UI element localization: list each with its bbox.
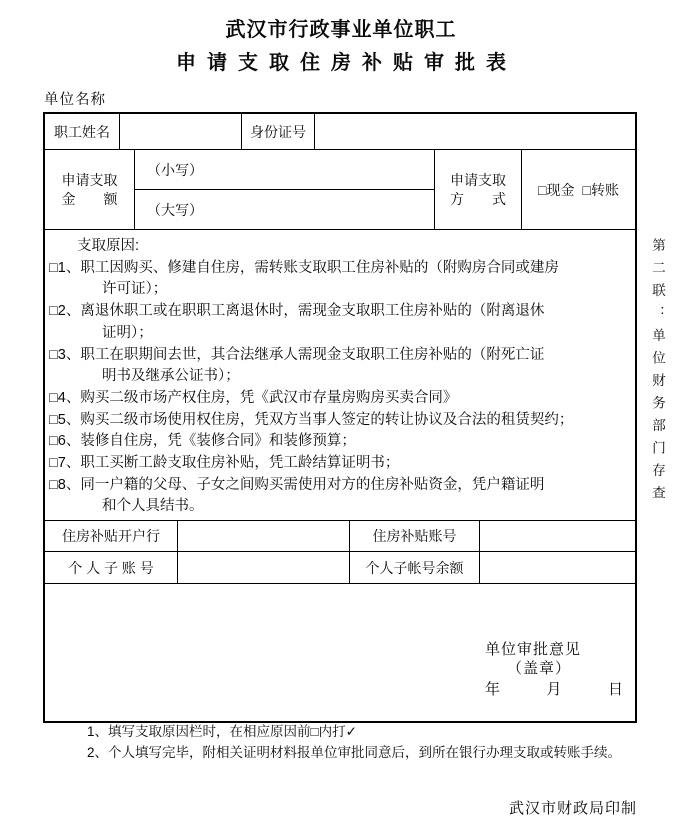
- amount-label: 申请支取 金 额: [45, 150, 135, 229]
- amount-small-label: （小写）: [147, 160, 203, 180]
- approval-day-label: 日: [608, 680, 623, 699]
- reason-option-1-cont: 许可证）；: [47, 279, 631, 301]
- subsidy-bank-value[interactable]: [178, 521, 350, 551]
- form-page: 武汉市行政事业单位职工 申请支取住房补贴审批表 单位名称 职工姓名 身份证号 申…: [0, 0, 700, 831]
- amount-values: （小写） （大写）: [135, 150, 435, 229]
- personal-account-value[interactable]: [178, 552, 350, 583]
- reason-option-3[interactable]: □3、职工在职期间去世，其合法继承人需现金支取职工住房补贴的（附死亡证: [47, 345, 631, 367]
- personal-account-label: 个 人 子 账 号: [45, 552, 178, 583]
- id-number-value[interactable]: [315, 114, 635, 149]
- printed-by-label: 武汉市财政局印制: [45, 797, 637, 818]
- approval-block: 单位审批意见 （盖章） 年 月 日: [485, 640, 629, 699]
- footnote-2: 2、个人填写完毕，附相关证明材料报单位审批同意后，到所在银行办理支取或转账手续。: [87, 742, 621, 763]
- reason-option-2[interactable]: □2、离退休职工或在职职工离退休时，需现金支取职工住房补贴的（附离退休: [47, 301, 631, 323]
- personal-account-row: 个 人 子 账 号 个人子帐号余额: [45, 552, 635, 584]
- approval-date-line: 年 月 日: [485, 680, 629, 699]
- method-label: 申请支取 方 式: [435, 150, 522, 229]
- copy-designation-strip: 第二联：单位财务部门存查: [648, 238, 666, 508]
- form-title-line1: 武汉市行政事业单位职工: [45, 13, 637, 42]
- reason-option-8[interactable]: □8、同一户籍的父母、子女之间购买需使用对方的住房补贴资金，凭户籍证明: [47, 475, 631, 497]
- id-number-label: 身份证号: [242, 114, 315, 149]
- approval-seal-label: （盖章）: [485, 659, 629, 678]
- employee-row: 职工姓名 身份证号: [45, 114, 635, 150]
- footnotes: 1、填写支取原因栏时，在相应原因前□内打✓ 2、个人填写完毕，附相关证明材料报单…: [87, 721, 621, 763]
- subsidy-account-row: 住房补贴开户行 住房补贴账号: [45, 521, 635, 552]
- balance-value[interactable]: [480, 552, 635, 583]
- reason-option-2-cont: 证明）；: [47, 323, 631, 345]
- amount-row: 申请支取 金 额 （小写） （大写） 申请: [45, 150, 635, 230]
- reasons-cell: 支取原因: □1、职工因购买、修建自住房，需转账支取职工住房补贴的（附购房合同或…: [45, 230, 635, 520]
- subsidy-bank-label: 住房补贴开户行: [45, 521, 178, 551]
- approval-year-label: 年: [485, 680, 500, 699]
- employee-name-label: 职工姓名: [45, 114, 120, 149]
- reasons-row: 支取原因: □1、职工因购买、修建自住房，需转账支取职工住房补贴的（附购房合同或…: [45, 230, 635, 521]
- amount-big-field[interactable]: （大写）: [135, 190, 434, 229]
- form-title-line2: 申请支取住房补贴审批表: [45, 46, 637, 75]
- approval-row: 单位审批意见 （盖章） 年 月 日: [45, 584, 635, 721]
- amount-big-label: （大写）: [147, 200, 203, 220]
- approval-form-table: 职工姓名 身份证号 申请支取 金 额 （小写） （: [43, 112, 637, 723]
- reason-option-4[interactable]: □4、购买二级市场产权住房，凭《武汉市存量房购房买卖合同》: [47, 388, 631, 410]
- approval-opinion-label: 单位审批意见: [485, 640, 629, 659]
- method-options: □现金 □转账: [522, 150, 635, 229]
- approval-month-label: 月: [546, 680, 561, 699]
- reason-option-5[interactable]: □5、购买二级市场使用权住房，凭双方当事人签定的转让协议及合法的租赁契约；: [47, 410, 631, 432]
- reason-option-3-cont: 明书及继承公证书）；: [47, 366, 631, 388]
- reason-option-6[interactable]: □6、装修自住房，凭《装修合同》和装修预算；: [47, 431, 631, 453]
- unit-name-label: 单位名称: [44, 88, 106, 109]
- reason-option-8-cont: 和个人具结书。: [47, 496, 631, 518]
- amount-small-field[interactable]: （小写）: [135, 150, 434, 190]
- cash-checkbox-option[interactable]: □现金: [538, 180, 574, 200]
- subsidy-account-label: 住房补贴账号: [350, 521, 480, 551]
- subsidy-account-value[interactable]: [480, 521, 635, 551]
- balance-label: 个人子帐号余额: [350, 552, 480, 583]
- footnote-1: 1、填写支取原因栏时，在相应原因前□内打✓: [87, 721, 621, 742]
- transfer-checkbox-option[interactable]: □转账: [583, 180, 619, 200]
- approval-cell[interactable]: 单位审批意见 （盖章） 年 月 日: [45, 584, 635, 721]
- reason-option-7[interactable]: □7、职工买断工龄支取住房补贴，凭工龄结算证明书；: [47, 453, 631, 475]
- reasons-heading: 支取原因:: [47, 236, 631, 258]
- reason-option-1[interactable]: □1、职工因购买、修建自住房，需转账支取职工住房补贴的（附购房合同或建房: [47, 258, 631, 280]
- employee-name-value[interactable]: [120, 114, 242, 149]
